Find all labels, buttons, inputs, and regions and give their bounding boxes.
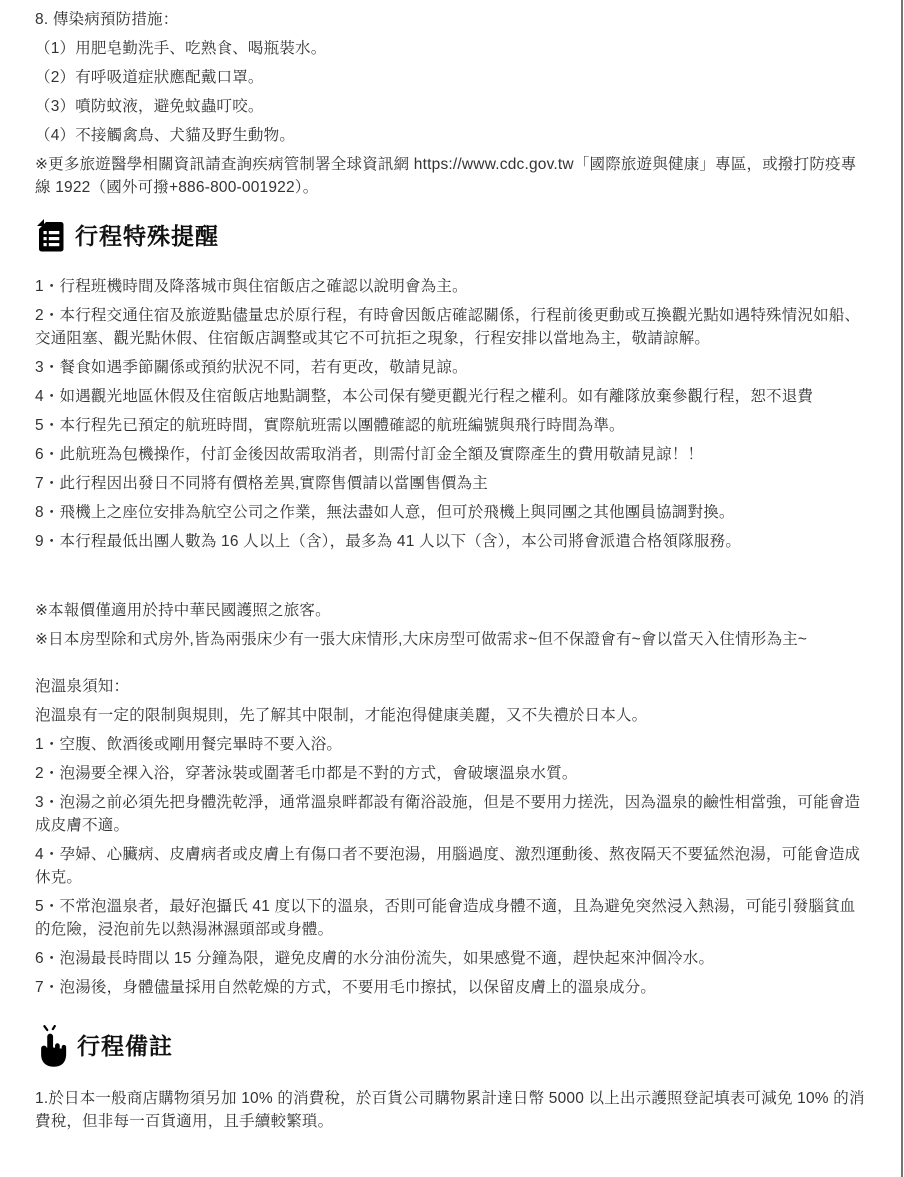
hot-spring-item-2: 2・泡湯要全裸入浴，穿著泳裝或圍著毛巾都是不對的方式，會破壞溫泉水質。 xyxy=(35,762,868,785)
prevention-item-3: （3）噴防蚊液，避免蚊蟲叮咬。 xyxy=(35,95,868,118)
memo-icon xyxy=(35,219,65,253)
special-reminder-section: 1・行程班機時間及降落城市與住宿飯店之確認以說明會為主。 2・本行程交通住宿及旅… xyxy=(35,275,868,553)
hot-spring-title: 泡溫泉須知： xyxy=(35,675,868,698)
reminder-item-8: 8・飛機上之座位安排為航空公司之作業，無法盡如人意，但可於飛機上與同團之其他團員… xyxy=(35,501,868,524)
reminder-item-7: 7・此行程因出發日不同將有價格差異,實際售價請以當團售價為主 xyxy=(35,472,868,495)
trip-remarks-heading: 行程備註 xyxy=(35,1025,868,1067)
special-reminder-title: 行程特殊提醒 xyxy=(75,221,219,251)
prevention-cdc-note: ※更多旅遊醫學相關資訊請查詢疾病管制署全球資訊網 https://www.cdc… xyxy=(35,153,868,199)
general-notes-section: ※本報價僅適用於持中華民國護照之旅客。 ※日本房型除和式房外,皆為兩張床少有一張… xyxy=(35,599,868,651)
reminder-item-3: 3・餐食如遇季節關係或預約狀況不同，若有更改，敬請見諒。 xyxy=(35,356,868,379)
trip-remarks-title: 行程備註 xyxy=(77,1031,173,1061)
itinerary-notes-page: 8. 傳染病預防措施： （1）用肥皂勤洗手、吃熟食、喝瓶裝水。 （2）有呼吸道症… xyxy=(0,0,903,1133)
reminder-item-1: 1・行程班機時間及降落城市與住宿飯店之確認以說明會為主。 xyxy=(35,275,868,298)
hot-spring-intro: 泡溫泉有一定的限制與規則，先了解其中限制，才能泡得健康美麗，又不失禮於日本人。 xyxy=(35,704,868,727)
page-right-border xyxy=(901,0,903,1177)
reminder-item-5: 5・本行程先已預定的航班時間，實際航班需以團體確認的航班編號與飛行時間為準。 xyxy=(35,414,868,437)
hand-pointer-icon xyxy=(35,1025,67,1067)
remarks-item-1: 1.於日本一般商店購物須另加 10% 的消費稅，於百貨公司購物累計達日幣 500… xyxy=(35,1087,868,1133)
reminder-item-6: 6・此航班為包機操作，付訂金後因故需取消者，則需付訂金全額及實際產生的費用敬請見… xyxy=(35,443,868,466)
hot-spring-item-1: 1・空腹、飲酒後或剛用餐完畢時不要入浴。 xyxy=(35,733,868,756)
prevention-item-1: （1）用肥皂勤洗手、吃熟食、喝瓶裝水。 xyxy=(35,37,868,60)
hot-spring-item-4: 4・孕婦、心臟病、皮膚病者或皮膚上有傷口者不要泡湯，用腦過度、激烈運動後、熬夜隔… xyxy=(35,843,868,889)
reminder-item-9: 9・本行程最低出團人數為 16 人以上（含），最多為 41 人以下（含），本公司… xyxy=(35,530,868,553)
special-reminder-heading: 行程特殊提醒 xyxy=(35,219,868,253)
hot-spring-item-7: 7・泡湯後，身體儘量採用自然乾燥的方式，不要用毛巾擦拭，以保留皮膚上的溫泉成分。 xyxy=(35,976,868,999)
hot-spring-item-3: 3・泡湯之前必須先把身體洗乾淨，通常溫泉畔都設有衛浴設施，但是不要用力搓洗，因為… xyxy=(35,791,868,837)
prevention-item-4: （4）不接觸禽鳥、犬貓及野生動物。 xyxy=(35,124,868,147)
trip-remarks-section: 1.於日本一般商店購物須另加 10% 的消費稅，於百貨公司購物累計達日幣 500… xyxy=(35,1087,868,1133)
hot-spring-item-5: 5・不常泡溫泉者，最好泡攝氏 41 度以下的溫泉，否則可能會造成身體不適，且為避… xyxy=(35,895,868,941)
prevention-title: 8. 傳染病預防措施： xyxy=(35,8,868,31)
hot-spring-item-6: 6・泡湯最長時間以 15 分鐘為限，避免皮膚的水分油份流失，如果感覺不適，趕快起… xyxy=(35,947,868,970)
passport-note: ※本報價僅適用於持中華民國護照之旅客。 xyxy=(35,599,868,622)
reminder-item-4: 4・如遇觀光地區休假及住宿飯店地點調整，本公司保有變更觀光行程之權利。如有離隊放… xyxy=(35,385,868,408)
prevention-item-2: （2）有呼吸道症狀應配戴口罩。 xyxy=(35,66,868,89)
hot-spring-section: 泡溫泉須知： 泡溫泉有一定的限制與規則，先了解其中限制，才能泡得健康美麗，又不失… xyxy=(35,675,868,999)
room-type-note: ※日本房型除和式房外,皆為兩張床少有一張大床情形,大床房型可做需求~但不保證會有… xyxy=(35,628,868,651)
disease-prevention-section: 8. 傳染病預防措施： （1）用肥皂勤洗手、吃熟食、喝瓶裝水。 （2）有呼吸道症… xyxy=(35,8,868,199)
reminder-item-2: 2・本行程交通住宿及旅遊點儘量忠於原行程，有時會因飯店確認關係，行程前後更動或互… xyxy=(35,304,868,350)
